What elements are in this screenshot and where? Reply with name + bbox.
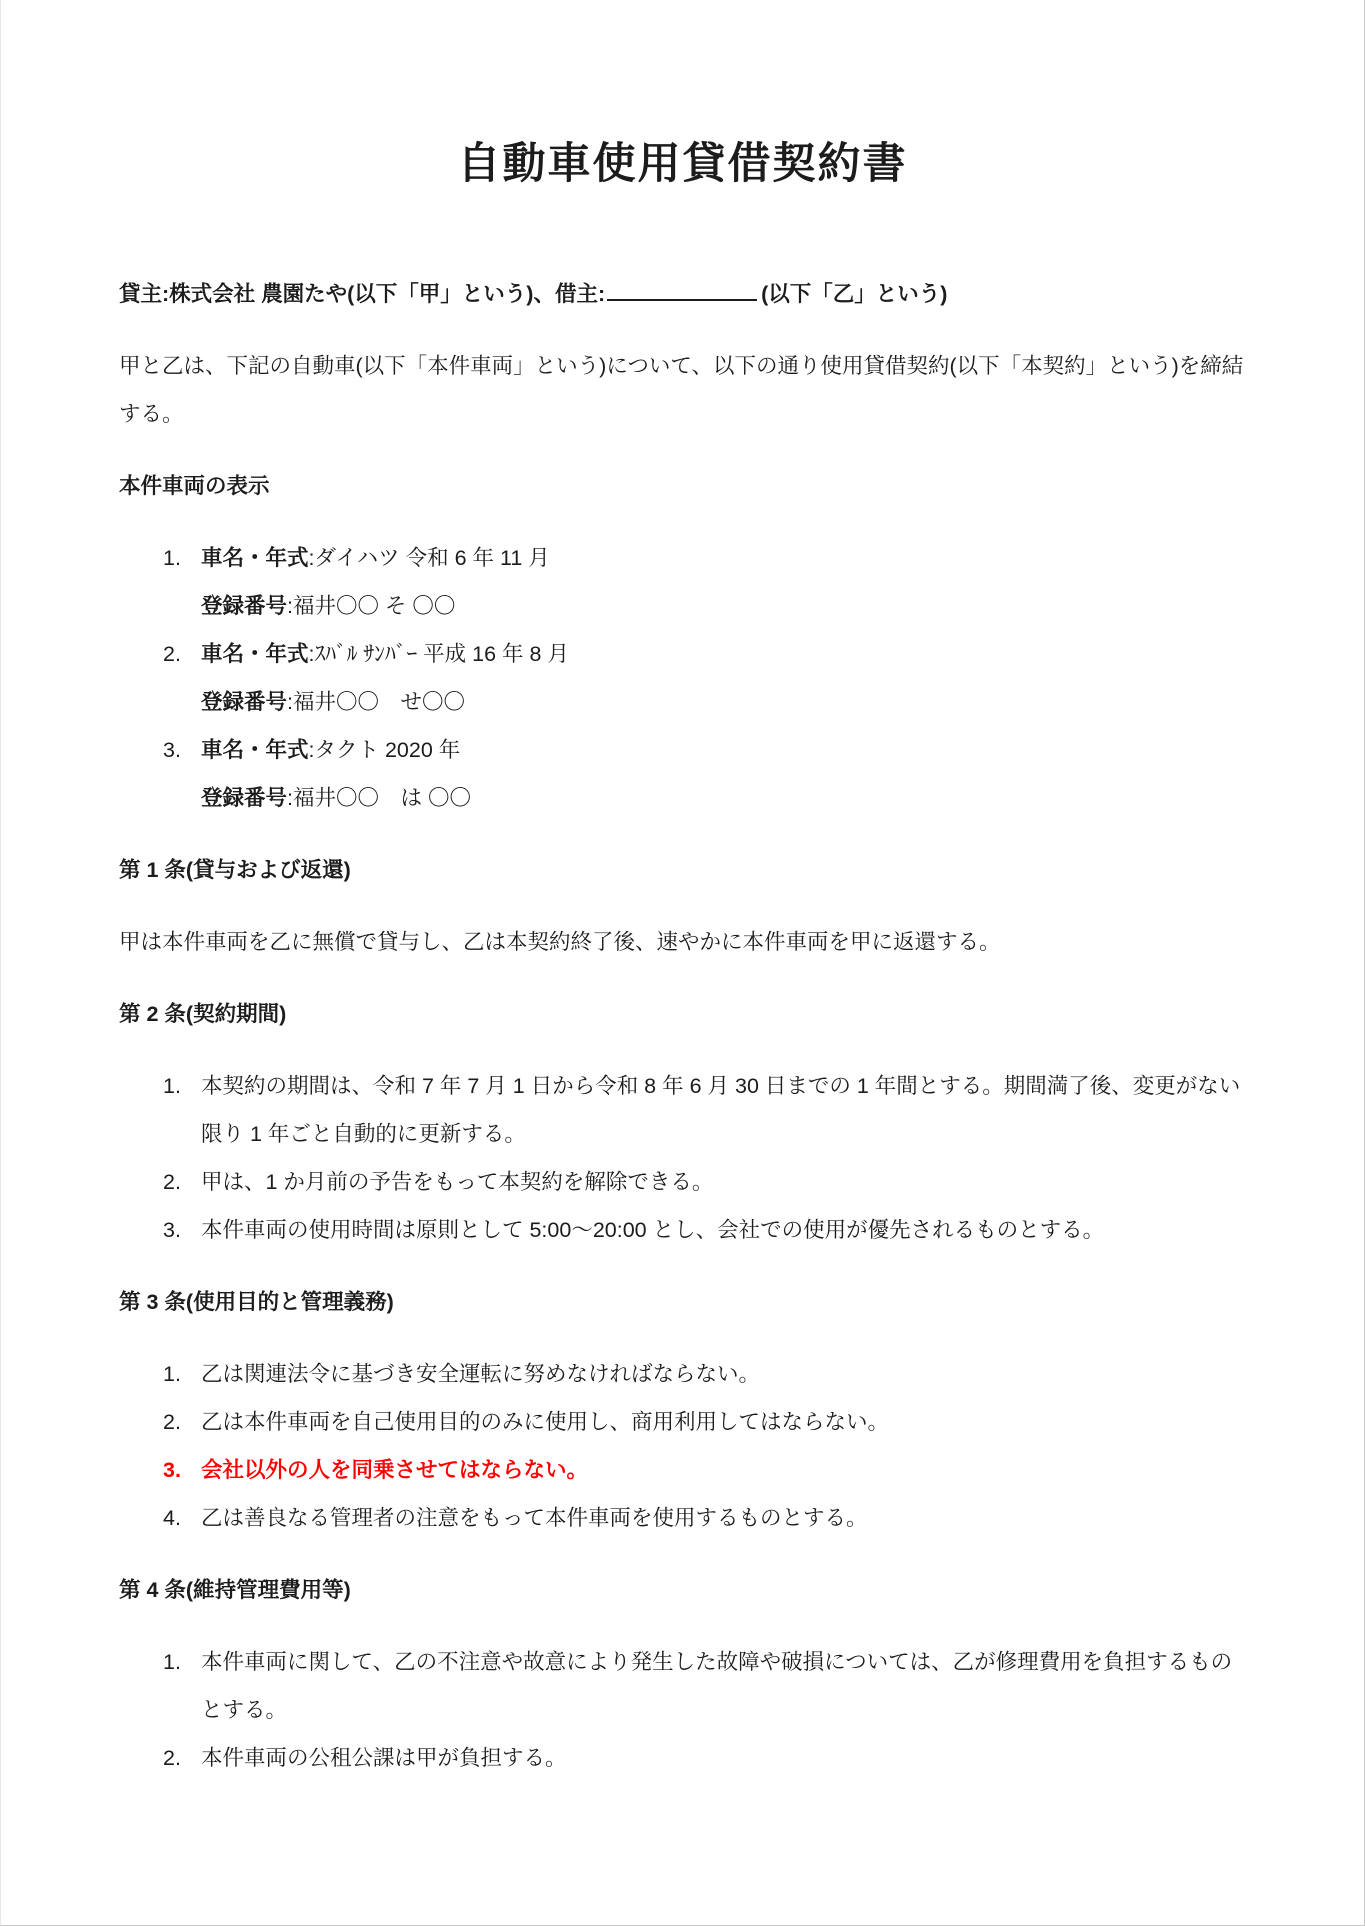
- list-number: 2.: [163, 1734, 201, 1782]
- list-number: 2.: [163, 1398, 201, 1446]
- list-item-text: 乙は本件車両を自己使用目的のみに使用し、商用利用してはならない。: [201, 1398, 1246, 1446]
- list-item-text: 本件車両に関して、乙の不注意や故意により発生した故障や破損については、乙が修理費…: [201, 1638, 1246, 1734]
- vehicle-name-label: 車名・年式: [201, 642, 309, 666]
- list-item: 1.乙は関連法令に基づき安全運転に努めなければならない。: [163, 1350, 1246, 1398]
- vehicle-name-line: 車名・年式:ｽﾊﾞﾙ ｻﾝﾊﾞｰ 平成 16 年 8 月: [201, 630, 1246, 678]
- list-number: 3.: [163, 1446, 201, 1494]
- article-3-list: 1.乙は関連法令に基づき安全運転に努めなければならない。 2.乙は本件車両を自己…: [119, 1350, 1246, 1542]
- list-item: 3.本件車両の使用時間は原則として 5:00～20:00 とし、会社での使用が優…: [163, 1206, 1246, 1254]
- vehicle-reg-value: :福井〇〇 せ〇〇: [287, 690, 465, 714]
- vehicle-name-value: :タクト 2020 年: [309, 738, 461, 762]
- list-item-text: 本件車両の公租公課は甲が負担する。: [201, 1734, 1246, 1782]
- list-item-text: 甲は、1 か月前の予告をもって本契約を解除できる。: [201, 1158, 1246, 1206]
- list-number: 1.: [163, 534, 201, 630]
- list-item: 4.乙は善良なる管理者の注意をもって本件車両を使用するものとする。: [163, 1494, 1246, 1542]
- list-item-text: 本件車両の使用時間は原則として 5:00～20:00 とし、会社での使用が優先さ…: [201, 1206, 1246, 1254]
- list-item-text: 会社以外の人を同乗させてはならない。: [201, 1446, 1246, 1494]
- list-number: 1.: [163, 1062, 201, 1158]
- intro-paragraph: 甲と乙は、下記の自動車(以下「本件車両」という)について、以下の通り使用貸借契約…: [119, 342, 1246, 438]
- vehicles-heading: 本件車両の表示: [119, 462, 1246, 510]
- parties-line: 貸主:株式会社 農園たや(以下「甲」という)、借主:(以下「乙」という): [119, 270, 1246, 318]
- article-1-heading: 第 1 条(貸与および返還): [119, 846, 1246, 894]
- document-title: 自動車使用貸借契約書: [119, 136, 1246, 192]
- list-item: 1.本契約の期間は、令和 7 年 7 月 1 日から令和 8 年 6 月 30 …: [163, 1062, 1246, 1158]
- borrower-name-blank: [607, 273, 757, 301]
- list-item-text: 乙は関連法令に基づき安全運転に努めなければならない。: [201, 1350, 1246, 1398]
- list-number: 1.: [163, 1638, 201, 1734]
- article-3-heading: 第 3 条(使用目的と管理義務): [119, 1278, 1246, 1326]
- vehicle-name-value: :ダイハツ 令和 6 年 11 月: [309, 546, 550, 570]
- list-item: 2.本件車両の公租公課は甲が負担する。: [163, 1734, 1246, 1782]
- vehicle-item-body: 車名・年式:ｽﾊﾞﾙ ｻﾝﾊﾞｰ 平成 16 年 8 月 登録番号:福井〇〇 せ…: [201, 630, 1246, 726]
- list-item: 2.乙は本件車両を自己使用目的のみに使用し、商用利用してはならない。: [163, 1398, 1246, 1446]
- list-item-text: 乙は善良なる管理者の注意をもって本件車両を使用するものとする。: [201, 1494, 1246, 1542]
- article-1-body: 甲は本件車両を乙に無償で貸与し、乙は本契約終了後、速やかに本件車両を甲に返還する…: [119, 918, 1246, 966]
- list-number: 3.: [163, 726, 201, 822]
- list-number: 2.: [163, 630, 201, 726]
- vehicle-name-label: 車名・年式: [201, 546, 309, 570]
- list-item-text: 本契約の期間は、令和 7 年 7 月 1 日から令和 8 年 6 月 30 日ま…: [201, 1062, 1246, 1158]
- article-4-heading: 第 4 条(維持管理費用等): [119, 1566, 1246, 1614]
- vehicle-reg-line: 登録番号:福井〇〇 は 〇〇: [201, 774, 1246, 822]
- vehicle-reg-label: 登録番号: [201, 786, 287, 810]
- vehicle-name-line: 車名・年式:ダイハツ 令和 6 年 11 月: [201, 534, 1246, 582]
- vehicle-reg-label: 登録番号: [201, 594, 287, 618]
- vehicle-item-body: 車名・年式:タクト 2020 年 登録番号:福井〇〇 は 〇〇: [201, 726, 1246, 822]
- list-number: 2.: [163, 1158, 201, 1206]
- article-4-list: 1.本件車両に関して、乙の不注意や故意により発生した故障や破損については、乙が修…: [119, 1638, 1246, 1782]
- vehicle-name-line: 車名・年式:タクト 2020 年: [201, 726, 1246, 774]
- vehicle-name-value: :ｽﾊﾞﾙ ｻﾝﾊﾞｰ 平成 16 年 8 月: [309, 642, 569, 666]
- contract-document-page: 自動車使用貸借契約書 貸主:株式会社 農園たや(以下「甲」という)、借主:(以下…: [0, 0, 1365, 1926]
- vehicle-reg-label: 登録番号: [201, 690, 287, 714]
- article-2-list: 1.本契約の期間は、令和 7 年 7 月 1 日から令和 8 年 6 月 30 …: [119, 1062, 1246, 1254]
- vehicle-name-label: 車名・年式: [201, 738, 309, 762]
- article-2-heading: 第 2 条(契約期間): [119, 990, 1246, 1038]
- vehicle-item: 2. 車名・年式:ｽﾊﾞﾙ ｻﾝﾊﾞｰ 平成 16 年 8 月 登録番号:福井〇…: [163, 630, 1246, 726]
- vehicle-reg-line: 登録番号:福井〇〇 せ〇〇: [201, 678, 1246, 726]
- vehicle-reg-value: :福井〇〇 そ 〇〇: [287, 594, 455, 618]
- list-item-emphasized-red: 3.会社以外の人を同乗させてはならない。: [163, 1446, 1246, 1494]
- list-number: 3.: [163, 1206, 201, 1254]
- vehicle-reg-line: 登録番号:福井〇〇 そ 〇〇: [201, 582, 1246, 630]
- borrower-alias-text: (以下「乙」という): [761, 282, 947, 306]
- list-number: 1.: [163, 1350, 201, 1398]
- vehicle-item: 1. 車名・年式:ダイハツ 令和 6 年 11 月 登録番号:福井〇〇 そ 〇〇: [163, 534, 1246, 630]
- vehicle-list: 1. 車名・年式:ダイハツ 令和 6 年 11 月 登録番号:福井〇〇 そ 〇〇…: [119, 534, 1246, 822]
- list-item: 2.甲は、1 か月前の予告をもって本契約を解除できる。: [163, 1158, 1246, 1206]
- vehicle-reg-value: :福井〇〇 は 〇〇: [287, 786, 471, 810]
- list-number: 4.: [163, 1494, 201, 1542]
- list-item: 1.本件車両に関して、乙の不注意や故意により発生した故障や破損については、乙が修…: [163, 1638, 1246, 1734]
- lender-borrower-text: 貸主:株式会社 農園たや(以下「甲」という)、借主:: [119, 282, 605, 306]
- vehicle-item: 3. 車名・年式:タクト 2020 年 登録番号:福井〇〇 は 〇〇: [163, 726, 1246, 822]
- vehicle-item-body: 車名・年式:ダイハツ 令和 6 年 11 月 登録番号:福井〇〇 そ 〇〇: [201, 534, 1246, 630]
